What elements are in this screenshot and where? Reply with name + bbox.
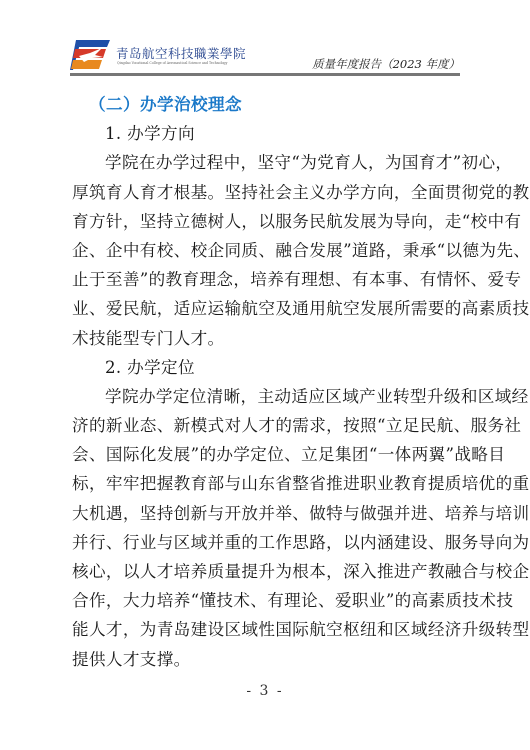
page-header: 青岛航空科技職業學院 Qingdao Vocational College of… [70,38,460,76]
school-name: 青岛航空科技職業學院 [116,44,246,62]
paragraph-line: 学院在办学过程中，坚守“为党育人，为国育才”初心， [72,148,460,177]
paragraph-line: 大机遇，坚持创新与开放并举、做特与做强并进、培养与培训 [72,499,460,528]
paragraph-line: 育方针，坚持立德树人，以服务民航发展为导向，走“校中有 [72,207,460,236]
paragraph-line: 止于至善”的教育理念，培养有理想、有本事、有情怀、爱专 [72,265,460,294]
section-heading: （二）办学治校理念 [72,90,460,119]
header-divider [70,73,460,76]
paragraph-line: 学院办学定位清晰，主动适应区域产业转型升级和区域经 [72,382,460,411]
paragraph-line: 业、爱民航，适应运输航空及通用航空发展所需要的高素质技 [72,294,460,323]
school-english-name: Qingdao Vocational College of Aeronautic… [117,61,227,65]
paragraph-line: 提供人才支撑。 [72,645,460,674]
report-title: 质量年度报告（2023 年度） [312,56,460,72]
college-logo-icon [70,40,110,70]
paragraph-line: 术技能型专门人才。 [72,324,460,353]
paragraph-line: 济的新业态、新模式对人才的需求，按照“立足民航、服务社 [72,411,460,440]
paragraph-line: 企、企中有校、校企同质、融合发展”道路，秉承“以德为先、 [72,236,460,265]
paragraph-line: 标，牢牢把握教育部与山东省整省推进职业教育提质培优的重 [72,469,460,498]
paragraph-line: 能人才，为青岛建设区域性国际航空枢纽和区域经济升级转型 [72,615,460,644]
page-number: - 3 - [0,683,530,699]
subsection-title: 2. 办学定位 [72,353,460,382]
paragraph-line: 并行、行业与区域并重的工作思路，以内涵建设、服务导向为 [72,528,460,557]
paragraph-line: 会、国际化发展”的办学定位、立足集团“一体两翼”战略目 [72,440,460,469]
paragraph-line: 厚筑育人育才根基。坚持社会主义办学方向，全面贯彻党的教 [72,178,460,207]
document-body: （二）办学治校理念 1. 办学方向 学院在办学过程中，坚守“为党育人，为国育才”… [72,90,460,674]
subsection-title: 1. 办学方向 [72,119,460,148]
paragraph-line: 核心，以人才培养质量提升为根本，深入推进产教融合与校企 [72,557,460,586]
paragraph-line: 合作，大力培养“懂技术、有理论、爱职业”的高素质技术技 [72,586,460,615]
